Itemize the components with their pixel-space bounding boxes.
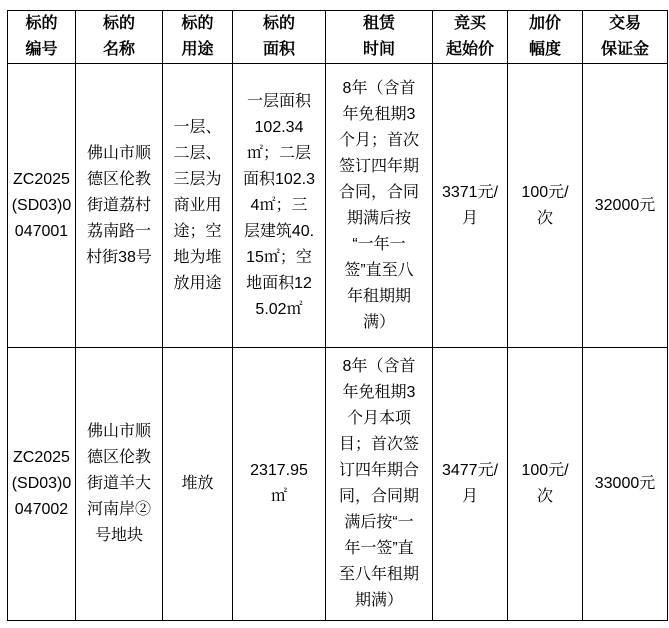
header-bid-name: 标的 名称 [76,11,163,64]
table-row: ZC2025 (SD03)0 047001 佛山市顺 德区伦教 街道荔村 荔南路… [8,64,668,348]
header-row: 标的 编号 标的 名称 标的 用途 标的 面积 租赁 时间 竞买 起始价 加价 … [8,11,668,64]
cell-lease-term: 8年（含首 年免租期3 个月本项 目；首次签 订四年期合 同，合同期 满后按“一… [326,348,433,621]
auction-listings-table: 标的 编号 标的 名称 标的 用途 标的 面积 租赁 时间 竞买 起始价 加价 … [7,10,668,621]
cell-bid-name: 佛山市顺 德区伦教 街道羊大 河南岸② 号地块 [76,348,163,621]
header-bid-use: 标的 用途 [163,11,233,64]
cell-bid-number: ZC2025 (SD03)0 047001 [8,64,76,348]
cell-bid-use: 一层、 二层、 三层为 商业用 途；空 地为堆 放用途 [163,64,233,348]
cell-bid-area: 一层面积 102.34 ㎡；二层 面积102.3 4㎡；三 层建筑40. 15㎡… [233,64,326,348]
cell-bid-name: 佛山市顺 德区伦教 街道荔村 荔南路一 村街38号 [76,64,163,348]
cell-bid-number: ZC2025 (SD03)0 047002 [8,348,76,621]
header-deposit: 交易 保证金 [583,11,668,64]
cell-bid-area: 2317.95 ㎡ [233,348,326,621]
cell-start-price: 3477元/ 月 [433,348,508,621]
header-increment: 加价 幅度 [508,11,583,64]
cell-bid-use: 堆放 [163,348,233,621]
cell-deposit: 32000元 [583,64,668,348]
cell-lease-term: 8年（含首 年免租期3 个月；首次 签订四年期 合同，合同 期满后按 “一年一 … [326,64,433,348]
header-start-price: 竞买 起始价 [433,11,508,64]
header-lease-term: 租赁 时间 [326,11,433,64]
cell-deposit: 33000元 [583,348,668,621]
table-row: ZC2025 (SD03)0 047002 佛山市顺 德区伦教 街道羊大 河南岸… [8,348,668,621]
cell-increment: 100元/ 次 [508,64,583,348]
header-bid-area: 标的 面积 [233,11,326,64]
header-bid-number: 标的 编号 [8,11,76,64]
cell-start-price: 3371元/ 月 [433,64,508,348]
cell-increment: 100元/ 次 [508,348,583,621]
